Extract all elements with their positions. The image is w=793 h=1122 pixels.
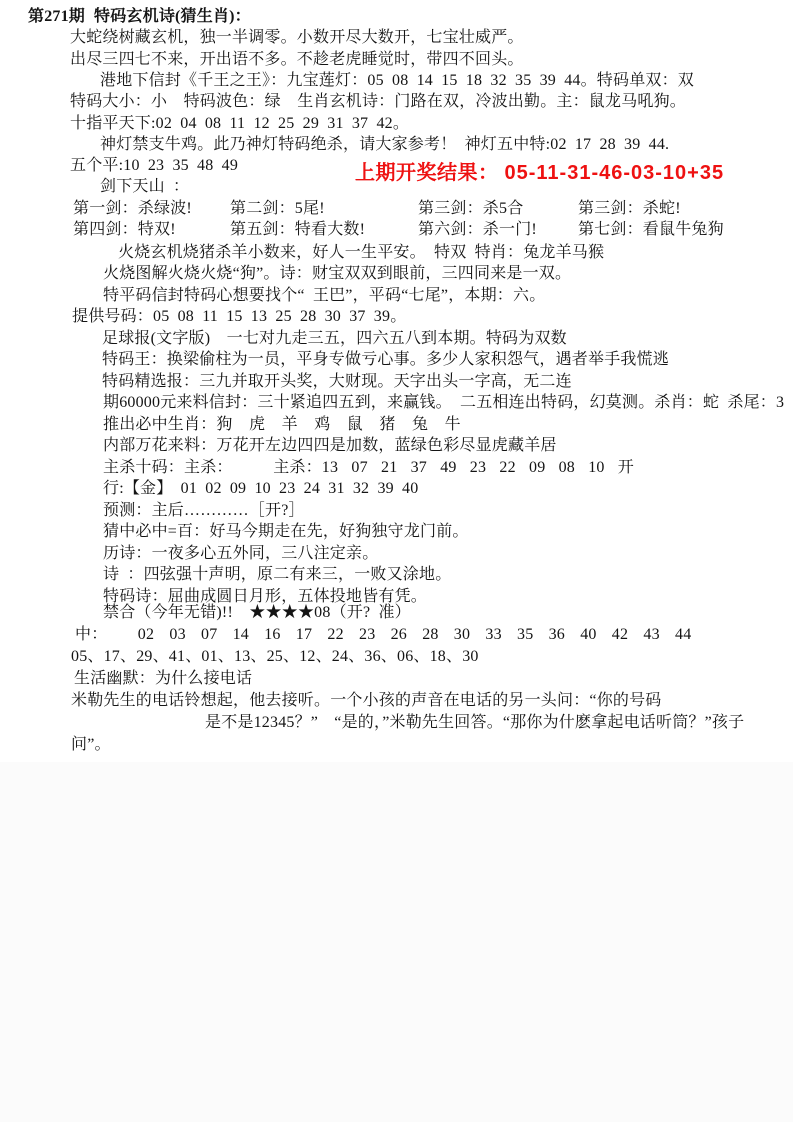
sword-4: 第四剑：特双!: [73, 221, 176, 239]
prediction-line: 预测：主后…………［开?］: [103, 502, 305, 520]
sword-row-2: 第四剑：特双! 第五剑：特看大数! 第六剑：杀一门! 第七剑：看鼠牛兔狗: [0, 221, 793, 241]
humor-text-line-3: 问”。: [71, 736, 111, 754]
material-envelope-line: 期60000元来料信封：三十紧追四五到，来赢钱。 二五相连出特码，幻莫测。杀肖：…: [103, 394, 784, 412]
flat-code-envelope-line: 特平码信封特码心想要找个“ 王巴”，平码“七尾”，本期：六。: [103, 287, 545, 305]
size-wave-zodiac-line: 特码大小：小 特码波色：绿 生肖玄机诗：门路在双，冷波出勤。主：鼠龙马吼狗。: [70, 93, 686, 111]
last-draw-result: 上期开奖结果：05-11-31-46-03-10+35: [355, 164, 724, 182]
poem-line-1: 大蛇绕树藏玄机，独一半调零。小数开尽大数开，七宝壮威严。: [70, 29, 524, 47]
sword-5: 第五剑：特看大数!: [230, 221, 365, 239]
ten-fingers-numbers-line: 十指平天下:02 04 08 11 12 25 29 31 37 42。: [70, 115, 409, 133]
must-win-zodiac-line: 推出必中生肖：狗 虎 羊 鸡 鼠 猪 兔 牛: [103, 416, 461, 434]
humor-text-line-1: 米勒先生的电话铃想起，他去接听。一个小孩的声音在电话的另一头问：“你的号码: [71, 692, 662, 710]
number-sequence-line: 05、17、29、41、01、13、25、12、24、36、06、18、30: [71, 648, 479, 666]
last-draw-result-label: 上期开奖结果：: [355, 162, 499, 184]
calendar-poem-line: 历诗：一夜多心五外同，三八注定亲。: [103, 545, 378, 563]
guess-hit-line: 猜中必中=百：好马今期走在先，好狗独守龙门前。: [103, 523, 469, 541]
poem-line-2: 出尽三四七不来，开出语不多。不趁老虎睡觉时，带四不回头。: [70, 51, 524, 69]
fire-diagram-line: 火烧图解火烧火烧“狗”。诗：财宝双双到眼前，三四同来是一双。: [103, 265, 571, 283]
last-draw-result-numbers: 05-11-31-46-03-10+35: [505, 162, 725, 184]
sword-3b: 第三剑：杀蛇!: [578, 200, 681, 218]
envelope-numbers-line: 港地下信封《千王之王》：九宝莲灯：05 08 14 15 18 32 35 39…: [100, 72, 694, 90]
sword-row-1: 第一剑：杀绿波! 第二剑：5尾! 第三剑：杀5合 第三剑：杀蛇!: [0, 200, 793, 220]
page-title: 第271期特码玄机诗(猜生肖)：: [28, 8, 251, 26]
sword-1: 第一剑：杀绿波!: [73, 200, 192, 218]
five-flat-numbers-line: 五个平:10 23 35 48 49: [70, 157, 238, 175]
sword-3: 第三剑：杀5合: [418, 200, 523, 218]
humor-title-line: 生活幽默：为什么接电话: [74, 670, 252, 688]
special-code-king-line: 特码王：换梁偷柱为一员，平身专做亏心事。多少人家积怨气，遇者举手我慌逃: [102, 351, 669, 369]
humor-text-line-2: 是不是12345？” “是的，”米勒先生回答。“那你为什麽拿起电话听筒？”孩子: [205, 714, 744, 732]
internal-flower-line: 内部万花来料：万花开左边四四是加数，蓝绿色彩尽显虎藏羊居: [103, 437, 557, 455]
forbidden-combo-stars-line: 禁合（今年无错)!! ★★★★08（开? 准）: [103, 604, 411, 622]
poem-line-3: 诗 ：四弦强十声明，原二有来三，一败又涂地。: [103, 566, 451, 584]
gold-row-numbers-line: 行:【金】 01 02 09 10 23 24 31 32 39 40: [103, 480, 418, 498]
hit-numbers-line: 中： 02 03 07 14 16 17 22 23 26 28 30 33 3…: [75, 626, 691, 644]
provided-numbers-line: 提供号码：05 08 11 15 13 25 28 30 37 39。: [72, 308, 406, 326]
football-report-line: 足球报(文字版) 一七对九走三五，四六五八到本期。特码为双数: [102, 330, 567, 348]
magic-lamp-line: 神灯禁支牛鸡。此乃神灯特码绝杀，请大家参考！ 神灯五中特:02 17 28 39…: [100, 136, 669, 154]
blank-lower-area: [0, 762, 793, 1122]
sword-mountain-heading: 剑下天山 ：: [100, 178, 189, 196]
main-kill-ten-codes-line: 主杀十码：主杀： 主杀：13 07 21 37 49 23 22 09 08 1…: [103, 459, 634, 477]
sword-6: 第六剑：杀一门!: [418, 221, 537, 239]
tip-sheet-page: 第271期特码玄机诗(猜生肖)： 大蛇绕树藏玄机，独一半调零。小数开尽大数开，七…: [0, 0, 793, 1122]
sword-7: 第七剑：看鼠牛兔狗: [578, 221, 724, 239]
issue-number: 第271期: [28, 8, 85, 25]
sword-2: 第二剑：5尾!: [230, 200, 325, 218]
fire-mystery-line: 火烧玄机烧猪杀羊小数来，好人一生平安。 特双 特肖：兔龙羊马猴: [118, 244, 604, 262]
sheet-title: 特码玄机诗(猜生肖)：: [94, 8, 251, 25]
selected-report-line: 特码精选报：三九并取开头奖，大财现。天字出头一字高，无二连: [102, 373, 572, 391]
